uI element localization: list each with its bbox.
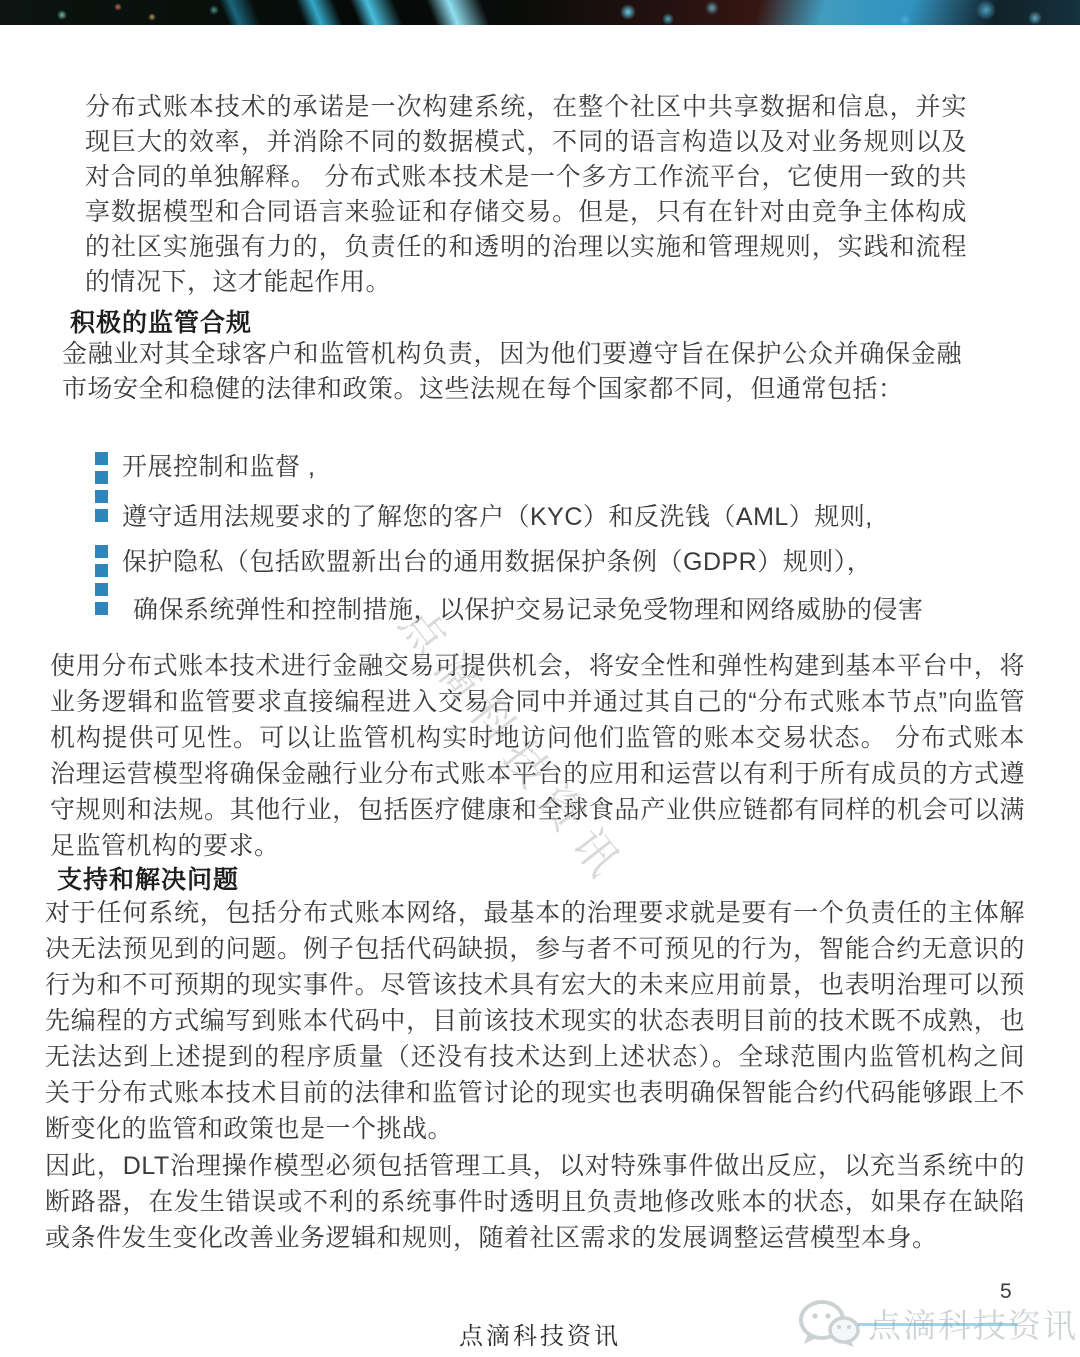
bullet-square-icon — [95, 471, 108, 484]
bullet-square-icon — [95, 452, 108, 465]
intro-paragraph: 分布式账本技术的承诺是一次构建系统，在整个社区中共享数据和信息，并实现巨大的效率… — [85, 90, 967, 300]
section1-lead-paragraph: 金融业对其全球客户和监管机构负责，因为他们要遵守旨在保护公众并确保金融市场安全和… — [62, 337, 962, 407]
section1-closing-paragraph: 使用分布式账本技术进行金融交易可提供机会，将安全性和弹性构建到基本平台中，将业务… — [50, 648, 1025, 864]
bullet-square-icon — [95, 564, 108, 577]
section-heading-support-resolution: 支持和解决问题 — [57, 860, 239, 896]
bullet-square-icon — [95, 490, 108, 503]
bullet-item-kyc-aml: 遵守适用法规要求的了解您的客户（KYC）和反洗钱（AML）规则, — [122, 497, 873, 533]
section2-paragraph-2: 因此，DLT治理操作模型必须包括管理工具，以对特殊事件做出反应，以充当系统中的断… — [45, 1148, 1025, 1256]
document-page: 分布式账本技术的承诺是一次构建系统，在整个社区中共享数据和信息，并实现巨大的效率… — [0, 0, 1080, 1357]
bullet-square-icon — [95, 602, 108, 615]
bullet-square-icon — [95, 583, 108, 596]
bullet-item-resilience: 确保系统弹性和控制措施，以保护交易记录免受物理和网络威胁的侵害 — [133, 590, 924, 626]
section2-paragraph-1: 对于任何系统，包括分布式账本网络，最基本的治理要求就是要有一个负责任的主体解决无… — [45, 895, 1025, 1147]
bullet-squares-group-1 — [95, 452, 108, 522]
section-heading-regulatory-compliance: 积极的监管合规 — [70, 303, 252, 339]
bullet-item-controls: 开展控制和监督 , — [122, 447, 315, 483]
header-banner-image — [0, 0, 1080, 25]
bullet-item-privacy-gdpr: 保护隐私（包括欧盟新出台的通用数据保护条例（GDPR）规则）， — [122, 542, 872, 578]
wechat-logo-icon — [798, 1298, 860, 1348]
watermark-strike-line — [858, 1323, 1018, 1326]
bullet-squares-group-2 — [95, 545, 108, 615]
bullet-square-icon — [95, 545, 108, 558]
bullet-square-icon — [95, 509, 108, 522]
